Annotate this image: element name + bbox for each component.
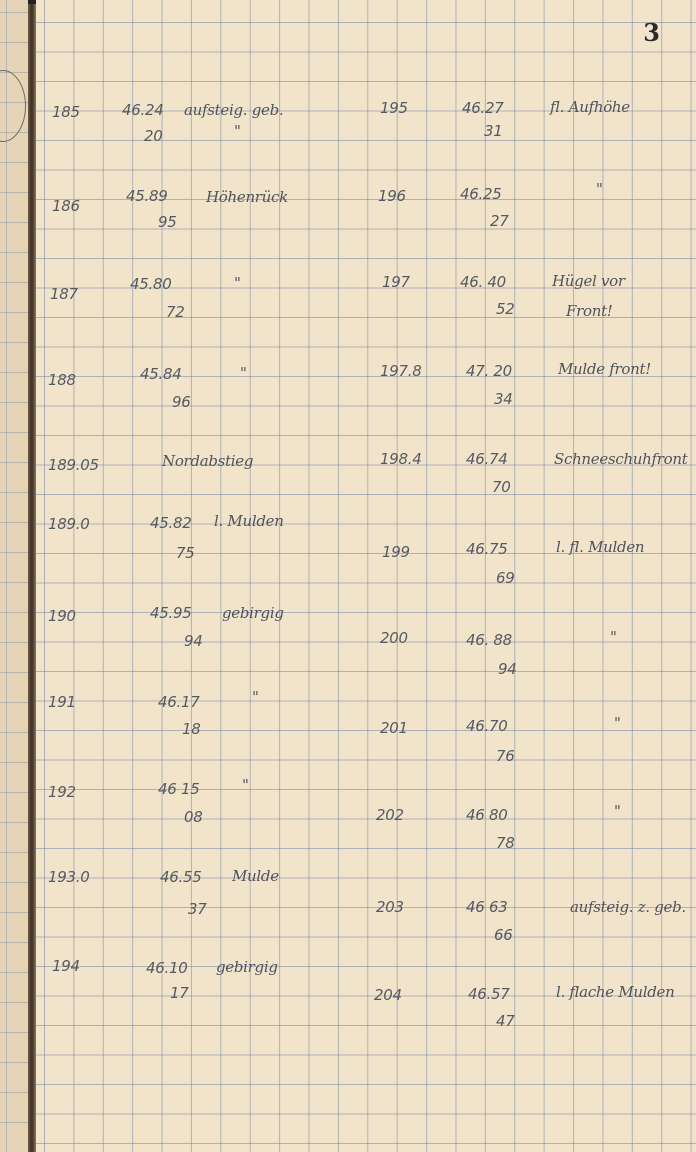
terrain-note: Hügel vor: [552, 272, 625, 290]
station-number: 198.4: [380, 450, 421, 468]
reading-value: 45.95: [150, 604, 191, 622]
reading-value: 46. 40: [460, 273, 506, 291]
station-number: 204: [374, 986, 402, 1004]
station-number: 193.0: [48, 868, 89, 886]
terrain-note: ": [242, 776, 249, 794]
terrain-note: ": [234, 274, 241, 292]
terrain-note: aufsteig. geb.: [184, 101, 283, 119]
reading-sub: 66: [494, 926, 513, 944]
station-number: 191: [48, 693, 76, 711]
reading-sub: 27: [490, 212, 509, 230]
reading-sub: 76: [496, 747, 515, 765]
station-number: 201: [380, 719, 408, 737]
station-number: 196: [378, 187, 406, 205]
reading-sub: 52: [496, 300, 515, 318]
reading-value: 46 80: [466, 806, 507, 824]
terrain-note-line2: Front!: [566, 302, 613, 320]
station-number: 194: [52, 957, 80, 975]
reading-sub: 96: [172, 393, 191, 411]
reading-sub: 08: [184, 808, 203, 826]
station-number: 185: [52, 103, 80, 121]
notebook-page: 3 185 46.24 20 aufsteig. geb. " 186 45.8…: [36, 0, 696, 1152]
reading-sub: 17: [170, 984, 189, 1002]
station-number: 188: [48, 371, 76, 389]
station-number: 186: [52, 197, 80, 215]
terrain-note: Höhenrück: [206, 188, 288, 206]
station-number: 192: [48, 783, 76, 801]
reading-value: 46.24: [122, 101, 163, 119]
terrain-note: fl. Aufhöhe: [550, 98, 630, 116]
reading-sub: 78: [496, 834, 515, 852]
station-number: 189.05: [48, 456, 99, 474]
terrain-note: ": [614, 714, 621, 732]
station-number: 200: [380, 629, 408, 647]
station-number: 190: [48, 607, 76, 625]
reading-sub: 37: [188, 900, 207, 918]
reading-value: 46.27: [462, 99, 503, 117]
terrain-note: Schneeschuhfront: [554, 450, 687, 468]
reading-value: 46.55: [160, 868, 201, 886]
circle-mark: [0, 70, 26, 142]
reading-value: 45.84: [140, 365, 181, 383]
reading-sub: 34: [494, 390, 513, 408]
reading-value: 45.89: [126, 187, 167, 205]
terrain-note: Mulde: [232, 867, 279, 885]
station-number: 195: [380, 99, 408, 117]
reading-value: 46.17: [158, 693, 199, 711]
reading-sub: 31: [484, 122, 503, 140]
terrain-note: gebirgig: [216, 958, 278, 976]
terrain-note: l. fl. Mulden: [556, 538, 644, 556]
reading-value: 46. 88: [466, 631, 512, 649]
reading-value: 46.25: [460, 185, 501, 203]
book-gutter: [28, 0, 36, 1152]
terrain-note: ": [240, 364, 247, 382]
reading-value: 47. 20: [466, 362, 512, 380]
reading-sub: 70: [492, 478, 511, 496]
station-number: 187: [50, 285, 78, 303]
station-number: 197: [382, 273, 410, 291]
terrain-note: ": [614, 802, 621, 820]
terrain-note: Nordabstieg: [162, 452, 253, 470]
reading-sub: 18: [182, 720, 201, 738]
reading-sub: 95: [158, 213, 177, 231]
terrain-note: Mulde front!: [558, 360, 651, 378]
terrain-note: l. flache Mulden: [556, 983, 675, 1001]
reading-value: 46.70: [466, 717, 507, 735]
reading-value: 46 63: [466, 898, 507, 916]
reading-sub: 72: [166, 303, 185, 321]
reading-value: 46 15: [158, 780, 199, 798]
reading-sub: 75: [176, 544, 195, 562]
reading-value: 45.80: [130, 275, 171, 293]
reading-value: 46.10: [146, 959, 187, 977]
reading-sub: 94: [184, 632, 203, 650]
station-number: 199: [382, 543, 410, 561]
page-number: 3: [643, 18, 660, 47]
facing-page-edge: [0, 0, 28, 1152]
reading-sub: 94: [498, 660, 517, 678]
terrain-note: gebirgig: [222, 604, 284, 622]
reading-value: 46.75: [466, 540, 507, 558]
reading-sub: 69: [496, 569, 515, 587]
reading-sub: 47: [496, 1012, 515, 1030]
terrain-note: ": [252, 688, 259, 706]
terrain-note: ": [610, 628, 617, 646]
terrain-note: aufsteig. z. geb.: [570, 898, 686, 916]
station-number: 203: [376, 898, 404, 916]
station-number: 197.8: [380, 362, 421, 380]
terrain-note: ": [596, 180, 603, 198]
reading-value: 46.57: [468, 985, 509, 1003]
ditto-note: ": [234, 122, 241, 140]
reading-sub: 20: [144, 127, 163, 145]
station-number: 189.0: [48, 515, 89, 533]
reading-value: 45.82: [150, 514, 191, 532]
terrain-note: l. Mulden: [214, 512, 284, 530]
station-number: 202: [376, 806, 404, 824]
reading-value: 46.74: [466, 450, 507, 468]
